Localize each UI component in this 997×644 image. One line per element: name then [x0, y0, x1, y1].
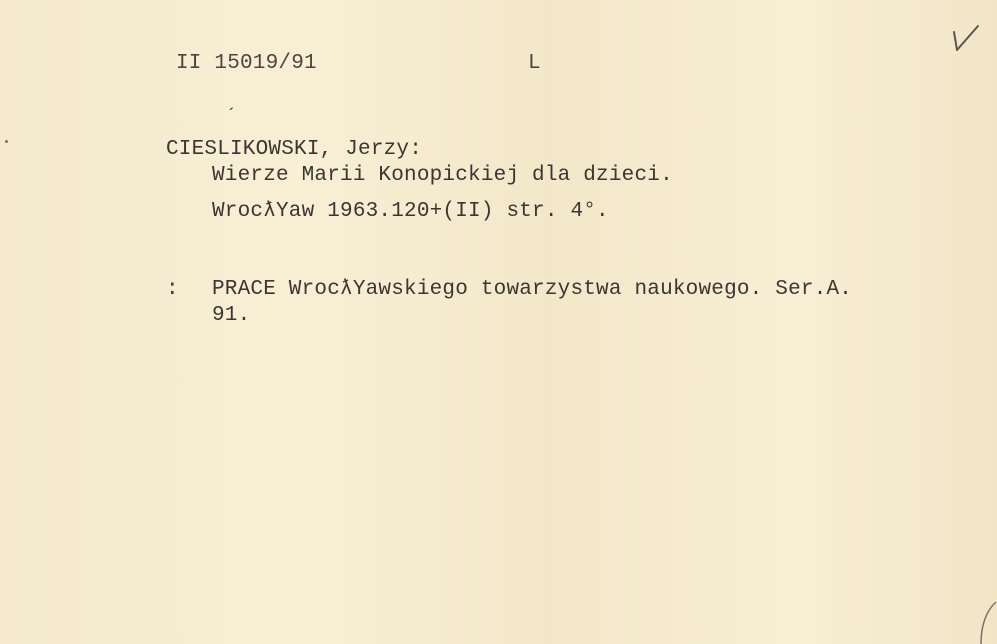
series-number: 91. — [212, 304, 250, 328]
series-prefix: : — [166, 278, 179, 302]
series-statement: PRACE WrocƛYawskiego towarzystwa naukowe… — [212, 278, 852, 302]
checkmark-icon — [948, 20, 982, 54]
location-mark: L — [528, 52, 541, 76]
catalog-card: II 15019/91 L ´ CIESLIKOWSKI, Jerzy: Wie… — [0, 0, 997, 644]
paper-edge-curve — [975, 600, 997, 644]
paper-speck — [5, 140, 8, 143]
accent-mark: ´ — [226, 105, 237, 129]
imprint: WrocƛYaw 1963.120+(II) str. 4°. — [212, 200, 609, 224]
book-title: Wierze Marii Konopickiej dla dzieci. — [212, 164, 673, 188]
author-heading: CIESLIKOWSKI, Jerzy: — [166, 138, 422, 162]
call-number: II 15019/91 — [176, 52, 317, 76]
